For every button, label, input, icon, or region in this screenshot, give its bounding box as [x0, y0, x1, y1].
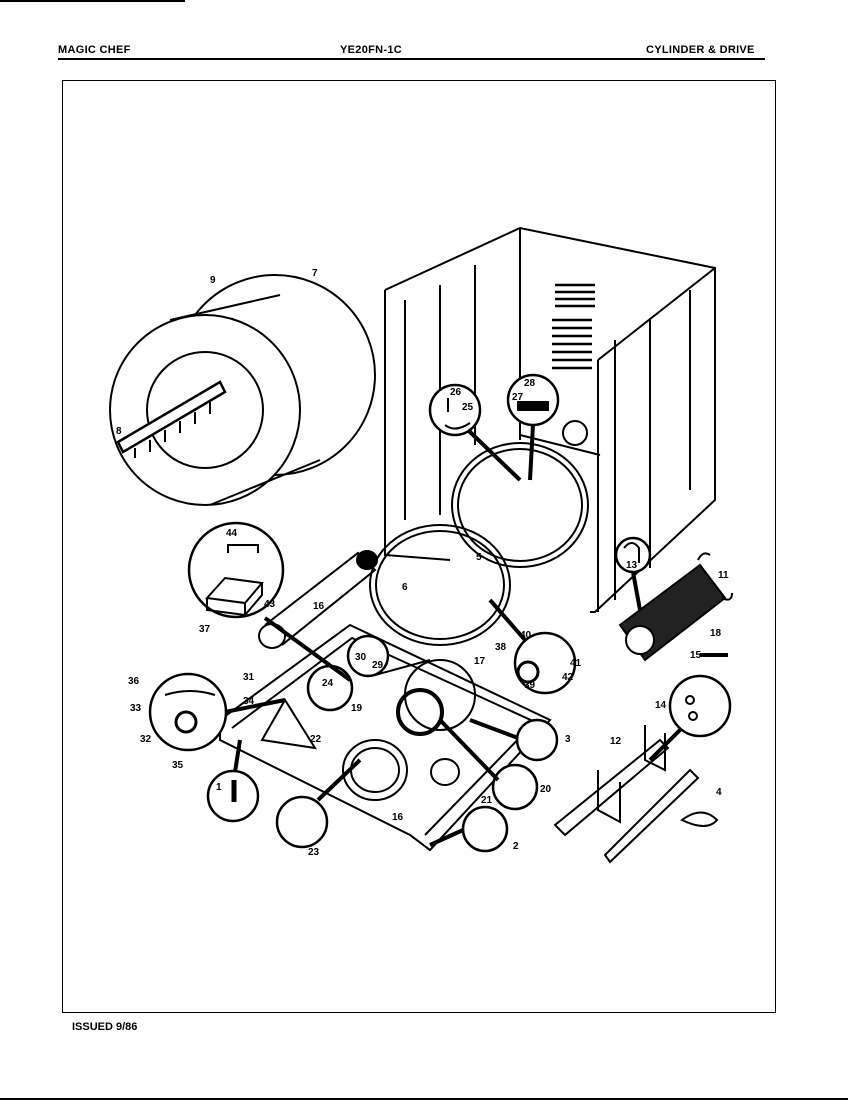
svg-text:43: 43: [264, 599, 276, 610]
svg-text:7: 7: [312, 268, 318, 279]
svg-text:32: 32: [140, 734, 152, 745]
svg-text:25: 25: [462, 402, 474, 413]
detail-circle-23: [277, 797, 327, 847]
svg-text:44: 44: [226, 528, 238, 539]
svg-text:18: 18: [710, 628, 722, 639]
svg-text:9: 9: [210, 275, 216, 286]
svg-text:14: 14: [655, 700, 667, 711]
svg-text:27: 27: [512, 392, 524, 403]
drum-cylinder: [110, 275, 375, 505]
svg-text:35: 35: [172, 760, 184, 771]
svg-text:34: 34: [243, 696, 255, 707]
svg-text:11: 11: [718, 570, 729, 581]
svg-text:2: 2: [513, 841, 519, 852]
svg-text:8: 8: [116, 426, 122, 437]
svg-text:24: 24: [322, 678, 334, 689]
detail-circle-2: [463, 807, 507, 851]
svg-text:40: 40: [520, 630, 532, 641]
svg-text:4: 4: [716, 787, 722, 798]
exploded-parts-diagram: 9 7 8 26 25 28 27 5 6 44 43 16 37 36 31 …: [0, 0, 848, 1100]
svg-text:22: 22: [310, 734, 322, 745]
svg-text:16: 16: [392, 812, 404, 823]
svg-text:6: 6: [402, 582, 408, 593]
detail-circle-20: [493, 765, 537, 809]
svg-text:29: 29: [372, 660, 384, 671]
svg-text:1: 1: [216, 782, 222, 793]
svg-text:37: 37: [199, 624, 211, 635]
idler-bracket: [555, 725, 698, 862]
svg-text:36: 36: [128, 676, 140, 687]
front-bulkhead-ring: [370, 525, 510, 645]
svg-text:16: 16: [313, 601, 325, 612]
svg-text:26: 26: [450, 387, 462, 398]
svg-text:39: 39: [524, 680, 536, 691]
part-4-shield: [682, 813, 717, 827]
svg-text:23: 23: [308, 847, 320, 858]
svg-text:38: 38: [495, 642, 507, 653]
svg-text:28: 28: [524, 378, 536, 389]
svg-text:19: 19: [351, 703, 363, 714]
detail-circle-14: [670, 676, 730, 736]
issued-date: ISSUED 9/86: [72, 1021, 137, 1033]
svg-text:31: 31: [243, 672, 255, 683]
svg-text:30: 30: [355, 652, 367, 663]
svg-text:15: 15: [690, 650, 702, 661]
svg-text:5: 5: [476, 552, 482, 563]
svg-text:17: 17: [474, 656, 486, 667]
svg-text:3: 3: [565, 734, 571, 745]
detail-circle-3: [517, 720, 557, 760]
svg-text:41: 41: [570, 658, 582, 669]
svg-text:13: 13: [626, 560, 638, 571]
svg-text:20: 20: [540, 784, 552, 795]
svg-text:21: 21: [481, 795, 493, 806]
svg-text:33: 33: [130, 703, 142, 714]
svg-text:12: 12: [610, 736, 622, 747]
svg-text:42: 42: [562, 672, 574, 683]
